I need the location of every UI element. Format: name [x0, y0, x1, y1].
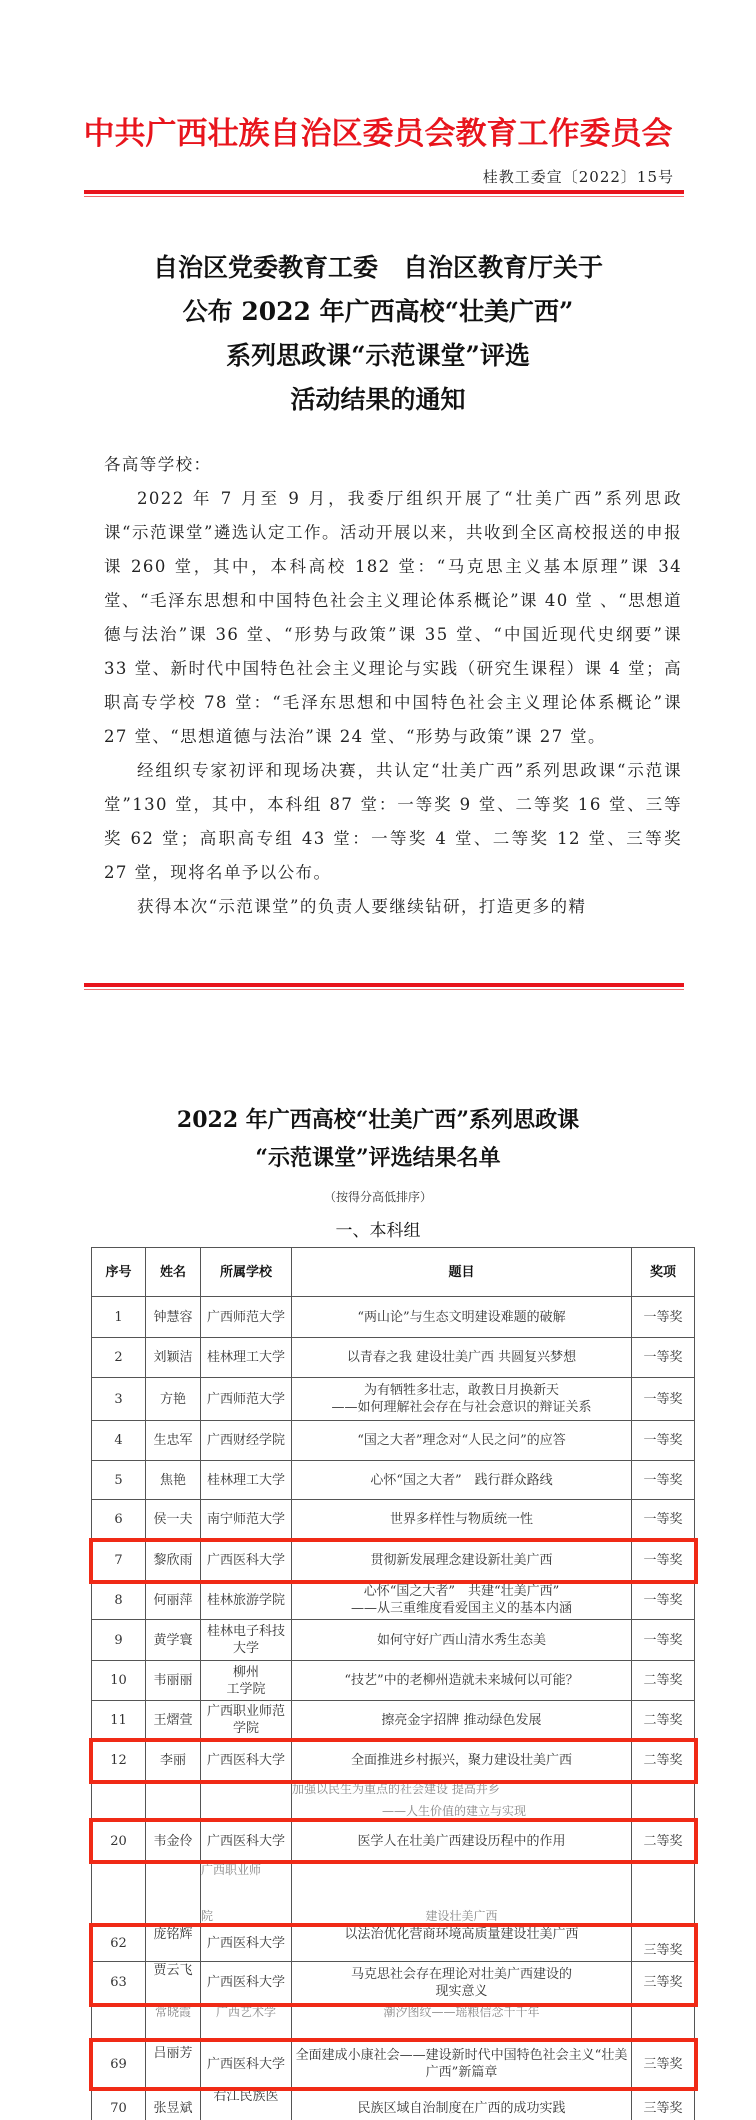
row-school: 桂林理工大学 — [200, 1461, 291, 1499]
row-award: 一等奖 — [631, 1500, 695, 1539]
row-no: 2 — [91, 1338, 145, 1377]
header-award: 奖项 — [631, 1248, 695, 1296]
table-row: 70 张昱斌 右江民族医 民族区域自治制度在广西的成功实践 三等奖 — [91, 2088, 695, 2120]
row-topic: 以青春之我 建设壮美广西 共圆复兴梦想 — [291, 1338, 631, 1377]
row-name: 王熠萱 — [145, 1701, 200, 1739]
row-name: 黄学寰 — [145, 1620, 200, 1660]
clipped-row-fragment: 加强以民生为重点的社会建设 提高并乡 ——人生价值的建立与实现 — [91, 1781, 695, 1820]
row-no: 11 — [91, 1701, 145, 1739]
row-name: 生忠军 — [145, 1421, 200, 1460]
row-no: 8 — [91, 1581, 145, 1619]
fragment-cell — [91, 1862, 145, 1925]
fragment-cell — [631, 2004, 695, 2040]
row-topic: 心怀“国之大者” 共建“壮美广西” ——从三重维度看爱国主义的基本内涵 — [291, 1581, 631, 1619]
row-topic: 如何守好广西山清水秀生态美 — [291, 1620, 631, 1660]
fragment-text: 广西职业师 — [201, 1862, 261, 1879]
table-row: 6 侯一夫 南宁师范大学 世界多样性与物质统一性 一等奖 — [91, 1500, 695, 1540]
header-school: 所属学校 — [200, 1248, 291, 1296]
row-topic: 民族区域自治制度在广西的成功实践 — [291, 2088, 631, 2120]
fragment-cell — [91, 2004, 145, 2040]
row-award: 二等奖 — [631, 1661, 695, 1700]
row-school: 广西师范大学 — [200, 1378, 291, 1420]
row-award: 一等奖 — [631, 1297, 695, 1337]
row-name: 张昱斌 — [145, 2088, 200, 2120]
row-no: 70 — [91, 2088, 145, 2120]
row-no: 6 — [91, 1500, 145, 1539]
row-award: 一等奖 — [631, 1461, 695, 1499]
row-school: 桂林电子科技大学 — [200, 1620, 291, 1660]
fragment-text: 广西艺术学 — [200, 2004, 291, 2040]
clipped-row-fragment: 广西职业师 院 建设壮美广西 — [91, 1862, 695, 1925]
highlight-box-row-20 — [89, 1818, 698, 1864]
row-name: 侯一夫 — [145, 1500, 200, 1539]
fragment-cell — [631, 1781, 695, 1820]
fragment-text: 常晓霞 — [145, 2004, 200, 2040]
table-row: 9 黄学寰 桂林电子科技大学 如何守好广西山清水秀生态美 一等奖 — [91, 1620, 695, 1661]
fragment-cell — [145, 1781, 200, 1820]
row-school: 柳州 工学院 — [200, 1661, 291, 1700]
row-topic: “国之大者”理念对“人民之问”的应答 — [291, 1421, 631, 1460]
fragment-school: 广西职业师 院 — [200, 1862, 291, 1925]
row-school: 广西职业师范学院 — [200, 1701, 291, 1739]
row-school: 桂林旅游学院 — [200, 1581, 291, 1619]
fragment-cell — [145, 1862, 200, 1925]
row-name: 何丽萍 — [145, 1581, 200, 1619]
highlight-box-row-7 — [89, 1538, 698, 1584]
row-name: 方艳 — [145, 1378, 200, 1420]
row-no: 10 — [91, 1661, 145, 1700]
row-topic: 擦亮金字招牌 推动绿色发展 — [291, 1701, 631, 1739]
row-school: 右江民族医 — [200, 2088, 291, 2120]
clipped-row-fragment: 常晓霞 广西艺术学 潮汐图纹——瑶粮信念千千年 — [91, 2004, 695, 2040]
row-award: 一等奖 — [631, 1581, 695, 1619]
table-row: 5 焦艳 桂林理工大学 心怀“国之大者” 践行群众路线 一等奖 — [91, 1461, 695, 1500]
highlight-box-row-69 — [89, 2038, 698, 2091]
fragment-topic: 建设壮美广西 — [291, 1862, 631, 1925]
row-name: 焦艳 — [145, 1461, 200, 1499]
row-topic: “两山论”与生态文明建设难题的破解 — [291, 1297, 631, 1337]
fragment-cell — [91, 1781, 145, 1820]
table-row: 8 何丽萍 桂林旅游学院 心怀“国之大者” 共建“壮美广西” ——从三重维度看爱… — [91, 1581, 695, 1620]
table-row: 4 生忠军 广西财经学院 “国之大者”理念对“人民之问”的应答 一等奖 — [91, 1421, 695, 1461]
row-school: 广西财经学院 — [200, 1421, 291, 1460]
row-award: 一等奖 — [631, 1338, 695, 1377]
fragment-cell — [631, 1862, 695, 1925]
highlight-box-row-12 — [89, 1738, 698, 1784]
row-no: 3 — [91, 1378, 145, 1420]
row-award: 二等奖 — [631, 1701, 695, 1739]
row-name: 韦丽丽 — [145, 1661, 200, 1700]
row-topic: 世界多样性与物质统一性 — [291, 1500, 631, 1539]
row-award: 一等奖 — [631, 1620, 695, 1660]
header-no: 序号 — [91, 1248, 145, 1296]
fragment-cell — [200, 1781, 291, 1820]
table-row: 3 方艳 广西师范大学 为有牺牲多壮志，敢教日月换新天 ——如何理解社会存在与社… — [91, 1378, 695, 1421]
row-topic: 为有牺牲多壮志，敢教日月换新天 ——如何理解社会存在与社会意识的辩证关系 — [291, 1378, 631, 1420]
row-school: 南宁师范大学 — [200, 1500, 291, 1539]
table-row: 1 钟慧容 广西师范大学 “两山论”与生态文明建设难题的破解 一等奖 — [91, 1297, 695, 1338]
row-school: 广西师范大学 — [200, 1297, 291, 1337]
table-row: 2 刘颖洁 桂林理工大学 以青春之我 建设壮美广西 共圆复兴梦想 一等奖 — [91, 1338, 695, 1378]
row-name: 刘颖洁 — [145, 1338, 200, 1377]
header-topic: 题目 — [291, 1248, 631, 1296]
row-school: 桂林理工大学 — [200, 1338, 291, 1377]
row-name: 钟慧容 — [145, 1297, 200, 1337]
table-header: 序号 姓名 所属学校 题目 奖项 — [91, 1247, 695, 1297]
row-award: 一等奖 — [631, 1421, 695, 1460]
fragment-text: 潮汐图纹——瑶粮信念千千年 — [291, 2004, 631, 2040]
highlight-box-rows-62-63 — [89, 1923, 698, 2007]
fragment-topic: 加强以民生为重点的社会建设 提高并乡 ——人生价值的建立与实现 — [291, 1781, 631, 1820]
row-award: 三等奖 — [631, 2088, 695, 2120]
row-no: 4 — [91, 1421, 145, 1460]
row-award: 一等奖 — [631, 1378, 695, 1420]
row-topic: 心怀“国之大者” 践行群众路线 — [291, 1461, 631, 1499]
table-row: 11 王熠萱 广西职业师范学院 擦亮金字招牌 推动绿色发展 二等奖 — [91, 1701, 695, 1740]
table-row: 10 韦丽丽 柳州 工学院 “技艺”中的老柳州造就未来城何以可能？ 二等奖 — [91, 1661, 695, 1701]
row-no: 9 — [91, 1620, 145, 1660]
results-table: 序号 姓名 所属学校 题目 奖项 1 钟慧容 广西师范大学 “两山论”与生态文明… — [91, 0, 695, 2120]
row-topic: “技艺”中的老柳州造就未来城何以可能？ — [291, 1661, 631, 1700]
row-no: 5 — [91, 1461, 145, 1499]
row-no: 1 — [91, 1297, 145, 1337]
header-name: 姓名 — [145, 1248, 200, 1296]
